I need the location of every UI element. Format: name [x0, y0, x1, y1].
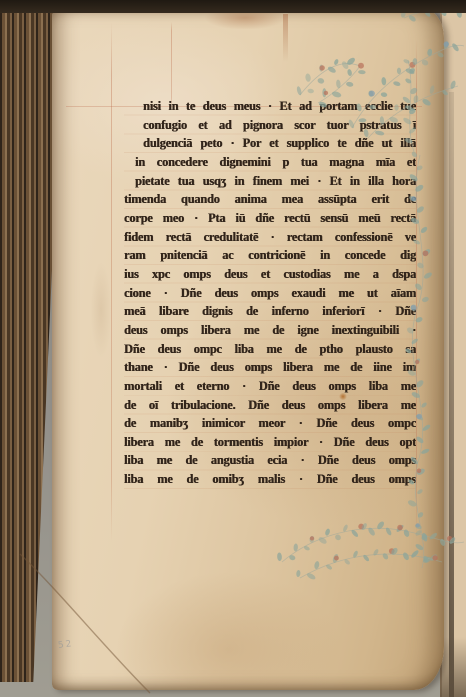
- manuscript-line: deus omps libera me de igne inextinguibi…: [124, 321, 416, 340]
- manuscript-line: confugio et ad pignora scor tuor pstratu…: [124, 116, 416, 135]
- manuscript-line: ram pnitenciā ac contricionē in concede …: [124, 246, 416, 265]
- ruling-line-vertical-right: [416, 40, 417, 540]
- manuscript-line: dulgenciā peto · Por et supplico te dñe …: [124, 134, 416, 153]
- manuscript-line: in concedere dignemini p tua magna mīa e…: [124, 153, 416, 172]
- manuscript-line: Dñe deus ompc liba me de ptho plausto sa: [124, 340, 416, 359]
- manuscript-line: de oī tribulacione. Dñe deus omps libera…: [124, 396, 416, 415]
- gothic-text-block: nisi in te deus meus · Et ad portam eccl…: [124, 97, 416, 489]
- pencil-folio-number: 52: [57, 639, 74, 651]
- manuscript-photo: nisi in te deus meus · Et ad portam eccl…: [0, 0, 466, 697]
- page-gap-shadow: [449, 92, 454, 697]
- manuscript-line: mortali et eterno · Dñe deus omps liba m…: [124, 377, 416, 396]
- manuscript-line: fidem rectā credulitatē · rectam confess…: [124, 228, 416, 247]
- ruling-line-vertical-inner: [171, 22, 172, 108]
- manuscript-line: thane · Dñe deus omps libera me de iine …: [124, 358, 416, 377]
- manuscript-line: nisi in te deus meus · Et ad portam eccl…: [124, 97, 416, 116]
- book-top-edge: [0, 0, 466, 13]
- manuscript-line: timenda quando anima mea assūpta erit de: [124, 190, 416, 209]
- manuscript-line: ius xpc omps deus et custodias me a dspa: [124, 265, 416, 284]
- manuscript-line: de manibʒ inimicor meor · Dñe deus ompc: [124, 414, 416, 433]
- ruling-line-vertical-left: [111, 22, 112, 542]
- manuscript-line: corpe meo · Pta iū dñe rectū sensū meū r…: [124, 209, 416, 228]
- manuscript-line: meā libare dignis de inferno inferiorī ·…: [124, 302, 416, 321]
- manuscript-line: liba me de omibʒ malis · Dñe deus omps: [124, 470, 416, 489]
- manuscript-line: libera me de tormentis impior · Dñe deus…: [124, 433, 416, 452]
- manuscript-line: pietate tua usqʒ in finem mei · Et in il…: [124, 172, 416, 191]
- manuscript-line: liba me de angustia ecia · Dñe deus omps: [124, 451, 416, 470]
- manuscript-line: cione · Dñe deus omps exaudi me ut aīam: [124, 284, 416, 303]
